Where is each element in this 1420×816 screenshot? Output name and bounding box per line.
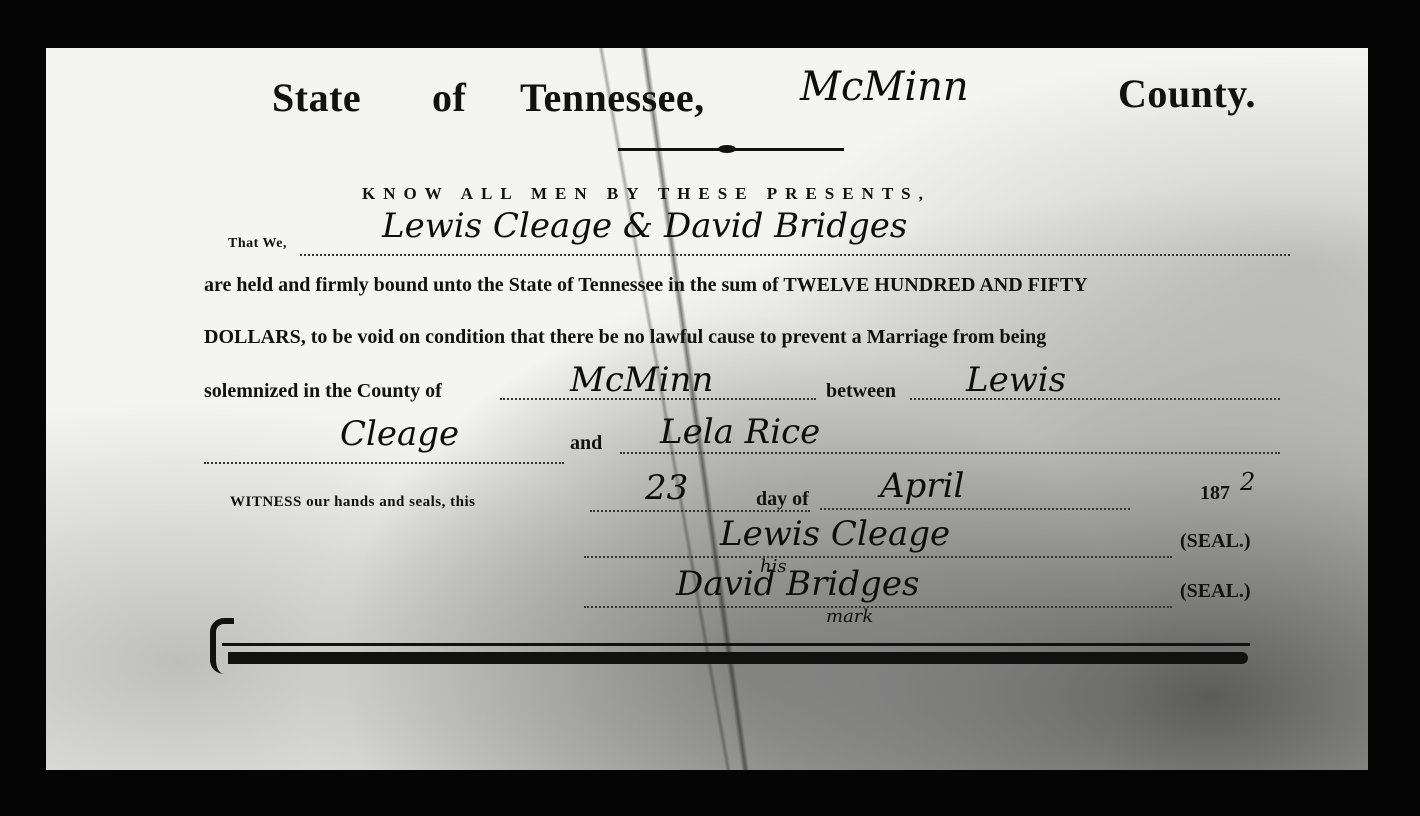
witness-label: WITNESS our hands and seals, this [230, 494, 475, 511]
between-label: between [826, 380, 896, 403]
header-county-label: County. [1118, 70, 1256, 117]
bride-handwritten: Lela Rice [660, 412, 820, 452]
year-handwritten-suffix: 2 [1240, 468, 1255, 496]
decorative-rule [618, 148, 844, 151]
seal-label-2: (SEAL.) [1180, 580, 1251, 603]
obligors-handwritten: Lewis Cleage & David Bridges [382, 206, 907, 246]
day-of-label: day of [756, 488, 809, 511]
county-of-marriage-handwritten: McMinn [570, 360, 713, 400]
header-county-handwritten: McMinn [800, 64, 969, 110]
decorative-bracket [210, 618, 234, 674]
obligors-line [300, 254, 1290, 256]
groom-first-handwritten: Lewis [966, 360, 1066, 400]
bond-text-line-2: DOLLARS, to be void on condition that th… [204, 326, 1046, 349]
that-we-label: That We, [228, 236, 287, 252]
header-state-label: State [272, 74, 361, 121]
groom-last-handwritten: Cleage [340, 414, 459, 454]
signature-1-handwritten: Lewis Cleage [720, 514, 950, 554]
preamble-text: KNOW ALL MEN BY THESE PRESENTS, [362, 184, 931, 204]
and-label: and [570, 432, 602, 455]
year-printed: 187 [1200, 482, 1230, 505]
decorative-rule-thin [222, 643, 1250, 646]
mark-note-mark: mark [826, 606, 873, 627]
header-state-name: Tennessee, [520, 74, 705, 121]
decorative-rule-thick [228, 652, 1248, 664]
month-handwritten: April [880, 466, 964, 506]
groom-last-line [204, 462, 564, 464]
bride-line [620, 452, 1280, 454]
month-line [820, 508, 1130, 510]
header-of-label: of [432, 74, 466, 121]
signature-2-handwritten: David Bridges [676, 564, 919, 604]
seal-label-1: (SEAL.) [1180, 530, 1251, 553]
signature-line-2 [584, 606, 1172, 608]
day-handwritten: 23 [645, 468, 688, 508]
solemnized-label: solemnized in the County of [204, 380, 442, 403]
signature-line-1 [584, 556, 1172, 558]
bond-text-line-1: are held and firmly bound unto the State… [204, 274, 1088, 297]
